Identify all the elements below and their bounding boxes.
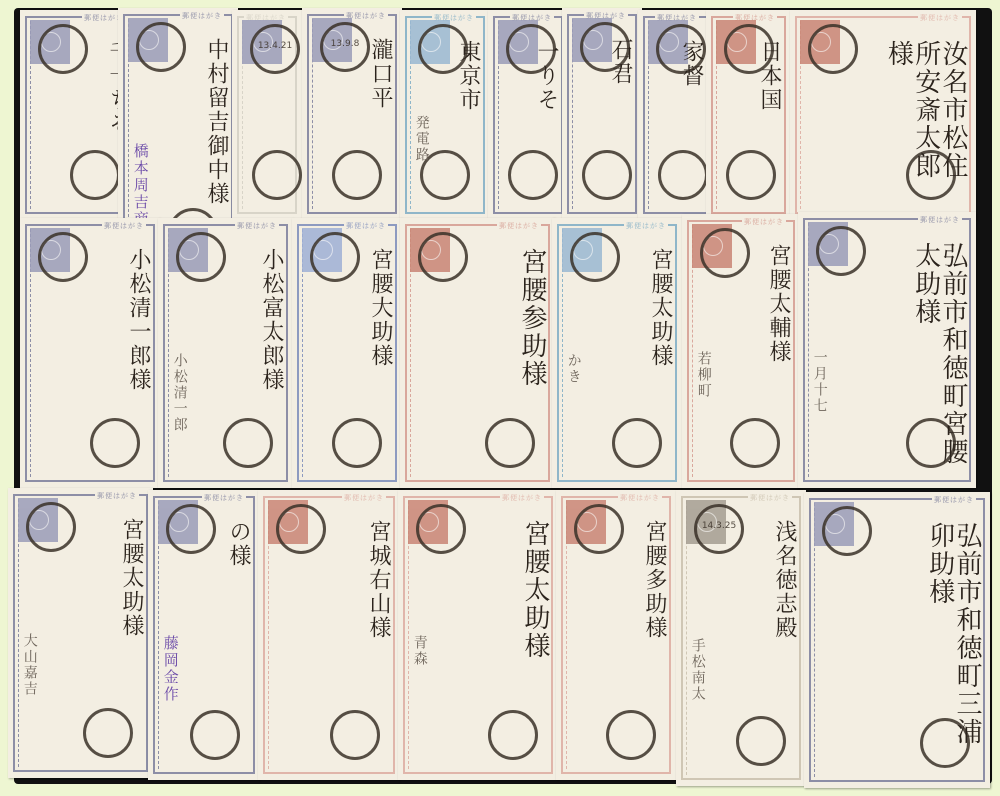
- postmark-icon: [416, 504, 466, 554]
- postcard-r1c3: 郵便はがき13.4.21: [232, 10, 302, 220]
- postmark-icon: 14.3.25: [694, 504, 744, 554]
- postcard-r1c8: 郵便はがき家督: [638, 10, 713, 220]
- postmark-icon: [808, 24, 858, 74]
- card-header-text: 郵便はがき: [235, 221, 279, 231]
- handwritten-address: 日本国: [758, 40, 781, 200]
- card-header-text: 郵便はがき: [497, 221, 541, 231]
- card-header-text: 郵便はがき: [344, 221, 388, 231]
- handwritten-address: 宮腰太助様: [521, 520, 548, 760]
- postmark-icon: [310, 232, 360, 282]
- postcard-r1c10: 郵便はがき汝名市松住所安斎太郎様: [790, 10, 976, 220]
- sender-text: 青森: [412, 635, 427, 667]
- sender-text: 若柳町: [696, 351, 711, 399]
- postcard-r3c3: 郵便はがき宮城右山様: [258, 490, 400, 780]
- postcard-r3c5: 郵便はがき宮腰多助様: [556, 490, 676, 780]
- handwritten-address: 弘前市和徳町宮腰太助様: [911, 242, 966, 468]
- card-header-text: 郵便はがき: [202, 493, 246, 503]
- postmark-icon: [816, 226, 866, 276]
- sender-text: かき: [566, 353, 581, 385]
- postcard-r2c5: 郵便はがき宮腰太助様かき: [552, 218, 682, 488]
- postcard-r1c7: 郵便はがき石君: [562, 8, 642, 220]
- handwritten-address: 宮城右山様: [367, 520, 390, 760]
- card-header-text: 郵便はがき: [748, 493, 792, 503]
- postmark-date: 13.9.8: [323, 39, 367, 49]
- handwritten-address: 宮腰参助様: [518, 248, 545, 468]
- postcard-r2c2: 郵便はがき小松富太郎様小松清一郎: [158, 218, 293, 488]
- sender-text: 一月十七: [812, 350, 827, 414]
- postmark-date: 13.4.21: [253, 41, 297, 51]
- card-header-text: 郵便はがき: [624, 221, 668, 231]
- postmark-icon: [38, 232, 88, 282]
- postmark-icon: [574, 504, 624, 554]
- postmark-date: 14.3.25: [697, 521, 741, 531]
- postcard-r2c6: 郵便はがき宮腰太輔様若柳町: [682, 214, 800, 488]
- postmark-icon: [822, 506, 872, 556]
- handwritten-address: 小松清一郎様: [127, 248, 150, 468]
- card-header-text: 郵便はがき: [95, 491, 139, 501]
- handwritten-address: 弘前市和徳町三浦卯助様: [925, 522, 980, 768]
- postmark-icon: 13.4.21: [250, 24, 300, 74]
- card-header-text: 郵便はがき: [742, 217, 786, 227]
- postcard-r3c2: 郵便はがきの様藤岡金作: [148, 490, 260, 780]
- postmark-icon: [26, 502, 76, 552]
- postcard-r2c7: 郵便はがき弘前市和徳町宮腰太助様一月十七: [798, 212, 976, 488]
- handwritten-address: 東京市: [457, 40, 480, 200]
- postmark-icon: [252, 150, 302, 200]
- postcard-r1c5: 郵便はがき東京市発電路: [400, 10, 490, 220]
- handwritten-address: 石君: [609, 38, 632, 200]
- postmark-icon: [166, 504, 216, 554]
- handwritten-address: の様: [227, 520, 250, 760]
- postmark-icon: [176, 232, 226, 282]
- postmark-icon: [570, 232, 620, 282]
- postmark-icon: 13.9.8: [320, 22, 370, 72]
- postcard-r3c7: 郵便はがき弘前市和徳町三浦卯助様: [804, 492, 990, 788]
- card-header-text: 郵便はがき: [342, 493, 386, 503]
- handwritten-address: 一りそ: [535, 40, 558, 200]
- postcard-r3c1: 郵便はがき宮腰太助様大山嘉吉: [8, 488, 153, 778]
- sender-text: 藤岡金作: [162, 635, 178, 703]
- handwritten-address: 小松富太郎様: [260, 248, 283, 468]
- postcard-r2c4: 郵便はがき宮腰参助様: [400, 218, 555, 488]
- handwritten-address: 宮腰太輔様: [767, 244, 790, 468]
- card-header-text: 郵便はがき: [918, 13, 962, 23]
- handwritten-address: 宮腰太助様: [649, 248, 672, 468]
- handwritten-address: 家督: [680, 40, 703, 200]
- handwritten-address: 宮腰多助様: [643, 520, 666, 760]
- card-header-text: 郵便はがき: [618, 493, 662, 503]
- postmark-icon: [700, 228, 750, 278]
- handwritten-address: 瀧口平: [369, 38, 392, 200]
- handwritten-address: 汝名市松住所安斎太郎様: [884, 40, 966, 200]
- postmark-icon: [38, 24, 88, 74]
- handwritten-address: 宮腰大助様: [369, 248, 392, 468]
- card-header-text: 郵便はがき: [102, 221, 146, 231]
- card-header-text: 郵便はがき: [180, 11, 224, 21]
- postcard-r3c4: 郵便はがき宮腰太助様青森: [398, 490, 558, 780]
- postmark-icon: [276, 504, 326, 554]
- postmark-icon: [136, 22, 186, 72]
- postcard-r1c9: 郵便はがき日本国: [706, 10, 791, 220]
- card-header-text: 郵便はがき: [918, 215, 962, 225]
- handwritten-address: 宮腰太助様: [120, 518, 143, 758]
- postcard-r3c6: 郵便はがき14.3.25浅名徳志殿手松南太: [676, 490, 806, 786]
- sender-text: 手松南太: [690, 638, 705, 702]
- handwritten-address: 浅名徳志殿: [773, 520, 796, 766]
- card-header-text: 郵便はがき: [500, 493, 544, 503]
- sender-text: 大山嘉吉: [22, 633, 37, 697]
- postcard-r2c1: 郵便はがき小松清一郎様: [20, 218, 160, 488]
- postcard-r1c4: 郵便はがき13.9.8瀧口平: [302, 8, 402, 220]
- sender-text: 発電路: [414, 115, 429, 163]
- postmark-icon: [418, 232, 468, 282]
- postcard-r2c3: 郵便はがき宮腰大助様: [292, 218, 402, 488]
- card-header-text: 郵便はがき: [932, 495, 976, 505]
- postcard-r1c6: 郵便はがき一りそ: [488, 10, 568, 220]
- sender-text: 小松清一郎: [172, 353, 187, 433]
